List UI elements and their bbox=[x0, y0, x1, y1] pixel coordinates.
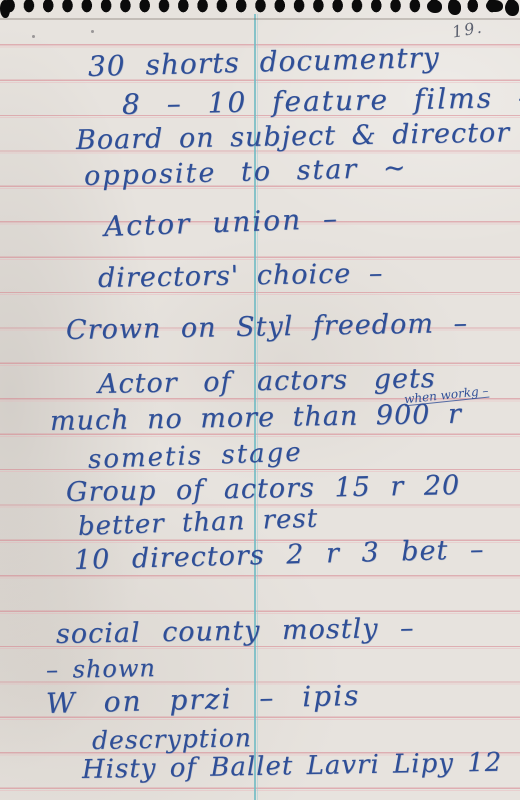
paper-speck bbox=[32, 35, 35, 38]
handwritten-line: Group of actors 15 r 20 bbox=[66, 470, 461, 508]
handwritten-line: Actor of actors gets bbox=[98, 363, 436, 400]
handwritten-line: 8 – 10 feature films – bbox=[122, 81, 520, 121]
torn-edge-blob bbox=[0, 0, 10, 18]
handwritten-line: sometis stage bbox=[87, 438, 303, 475]
handwritten-line: better than rest bbox=[77, 504, 318, 542]
handwritten-line: much no more than 900 r bbox=[50, 399, 462, 437]
handwritten-line: 30 shorts documentry bbox=[88, 41, 441, 83]
handwritten-line: directors' choice – bbox=[98, 258, 384, 294]
handwritten-line: social county mostly – bbox=[56, 613, 415, 650]
page-top-edge bbox=[0, 18, 520, 20]
handwritten-line: Crown on Styl freedom – bbox=[66, 308, 469, 346]
handwritten-line: Histy of Ballet Lavri Lipy 12 bbox=[82, 748, 503, 785]
handwritten-line: – shown bbox=[46, 654, 156, 684]
torn-edge-blob bbox=[427, 0, 442, 13]
handwritten-line: Board on subject & director bbox=[76, 117, 511, 156]
handwritten-line: W on przi – ipis bbox=[46, 679, 361, 720]
handwritten-line: opposite to star ~ bbox=[84, 153, 408, 192]
handwritten-line: descryption bbox=[92, 723, 252, 755]
page-number: 19. bbox=[451, 17, 485, 41]
handwritten-line: 10 directors 2 r 3 bet – bbox=[74, 534, 485, 576]
torn-edge-blob bbox=[448, 0, 461, 15]
torn-edge-blob bbox=[505, 0, 519, 16]
torn-edge-blob bbox=[486, 0, 503, 12]
notebook-page: 19. 30 shorts documentry8 – 10 feature f… bbox=[0, 0, 520, 800]
paper-speck bbox=[91, 30, 94, 33]
handwritten-line: Actor union – bbox=[103, 202, 339, 243]
perforation-holes bbox=[0, 0, 520, 18]
